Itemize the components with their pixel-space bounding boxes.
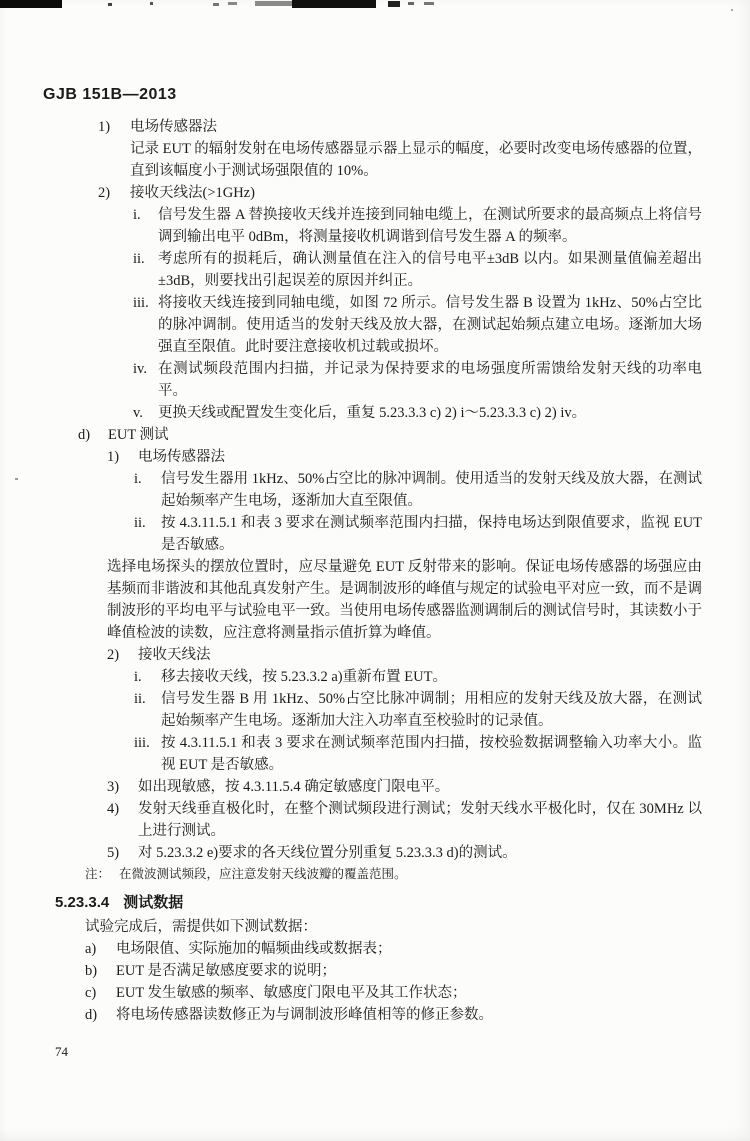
item-text: EUT 发生敏感的频率、敏感度门限电平及其工作状态；: [116, 982, 702, 1004]
scan-artifact-speck: [408, 2, 414, 5]
list-item: iii.将接收天线连接到同轴电缆，如图 72 所示。信号发生器 B 设置为 1k…: [0, 292, 750, 358]
list-item: i.移去接收天线，按 5.23.3.2 a)重新布置 EUT。: [0, 666, 750, 688]
item-text: 接收天线法: [138, 644, 702, 666]
item-marker: 1): [98, 116, 130, 138]
list-item: 5)对 5.23.3.2 e)要求的各天线位置分别重复 5.23.3.3 d)的…: [0, 842, 750, 864]
item-marker: 4): [107, 798, 138, 842]
item-text: 将接收天线连接到同轴电缆，如图 72 所示。信号发生器 B 设置为 1kHz、5…: [158, 292, 702, 358]
item-text: 对 5.23.3.2 e)要求的各天线位置分别重复 5.23.3.3 d)的测试…: [138, 842, 702, 864]
scan-artifact-bar: [292, 0, 376, 8]
item-marker: 3): [107, 776, 138, 798]
item-text: 信号发生器用 1kHz、50%占空比的脉冲调制。使用适当的发射天线及放大器，在测…: [161, 468, 702, 512]
data-list: a)电场限值、实际施加的幅频曲线或数据表；b)EUT 是否满足敏感度要求的说明；…: [0, 938, 750, 1026]
item-marker: i.: [134, 468, 161, 512]
list-item: ii.信号发生器 B 用 1kHz、50%占空比脉冲调制；用相应的发射天线及放大…: [0, 688, 750, 732]
list-item: d)将电场传感器读数修正为与调制波形峰值相等的修正参数。: [0, 1004, 750, 1026]
item-text: EUT 测试: [108, 424, 702, 446]
item-marker: ii.: [133, 248, 158, 292]
list-item: d)EUT 测试: [0, 424, 750, 446]
scan-artifact-speck: [15, 478, 18, 480]
scan-artifact-speck: [108, 3, 112, 6]
scan-artifact-speck: [228, 2, 237, 5]
note-line: 注：在微波测试频段，应注意发射天线波瓣的覆盖范围。: [0, 864, 750, 885]
item-marker: 5): [107, 842, 138, 864]
item-marker: iii.: [134, 732, 161, 776]
scan-artifact-speck: [731, 9, 733, 11]
item-text: 发射天线垂直极化时，在整个测试频段进行测试；发射天线水平极化时，仅在 30MHz…: [138, 798, 702, 842]
item-marker: v.: [133, 402, 158, 424]
list-item: i.信号发生器 A 替换接收天线并连接到同轴电缆上，在测试所要求的最高频点上将信…: [0, 204, 750, 248]
item-text: 接收天线法(>1GHz): [130, 182, 702, 204]
item-marker: ii.: [134, 688, 161, 732]
item-marker: 2): [98, 182, 130, 204]
item-text: 信号发生器 B 用 1kHz、50%占空比脉冲调制；用相应的发射天线及放大器，在…: [161, 688, 702, 732]
item-marker: ii.: [134, 512, 161, 556]
item-marker: iv.: [133, 358, 158, 402]
item-text: 按 4.3.11.5.1 和表 3 要求在测试频率范围内扫描，保持电场达到限值要…: [161, 512, 702, 556]
item-text: 记录 EUT 的辐射发射在电场传感器显示器上显示的幅度，必要时改变电场传感器的位…: [130, 138, 702, 182]
item-marker: a): [85, 938, 116, 960]
list-item: ii.考虑所有的损耗后，确认测量值在注入的信号电平±3dB 以内。如果测量值偏差…: [0, 248, 750, 292]
list-item: iv.在测试频段范围内扫描，并记录为保持要求的电场强度所需馈给发射天线的功率电平…: [0, 358, 750, 402]
list-item: b)EUT 是否满足敏感度要求的说明；: [0, 960, 750, 982]
list-item: 3)如出现敏感，按 4.3.11.5.4 确定敏感度门限电平。: [0, 776, 750, 798]
scan-artifact-bar: [0, 0, 62, 8]
scan-artifact-bar: [388, 1, 400, 7]
scan-artifact-speck: [213, 3, 219, 6]
page-number: 74: [55, 1044, 68, 1060]
item-text: 如出现敏感，按 4.3.11.5.4 确定敏感度门限电平。: [138, 776, 702, 798]
item-marker: iii.: [133, 292, 158, 358]
item-text: 信号发生器 A 替换接收天线并连接到同轴电缆上，在测试所要求的最高频点上将信号调…: [158, 204, 702, 248]
list-item: i.信号发生器用 1kHz、50%占空比的脉冲调制。使用适当的发射天线及放大器，…: [0, 468, 750, 512]
procedure-list: 1)电场传感器法记录 EUT 的辐射发射在电场传感器显示器上显示的幅度，必要时改…: [0, 116, 750, 885]
item-marker: b): [85, 960, 116, 982]
item-text: 电场传感器法: [138, 446, 702, 468]
list-item: v.更换天线或配置发生变化后，重复 5.23.3.3 c) 2) i～5.23.…: [0, 402, 750, 424]
section-title: 测试数据: [123, 894, 183, 911]
item-text: EUT 是否满足敏感度要求的说明；: [116, 960, 702, 982]
item-marker: d): [78, 424, 108, 446]
scan-artifact-speck: [150, 2, 153, 5]
item-marker: 2): [107, 644, 138, 666]
item-text: 更换天线或配置发生变化后，重复 5.23.3.3 c) 2) i～5.23.3.…: [158, 402, 702, 424]
list-item: a)电场限值、实际施加的幅频曲线或数据表；: [0, 938, 750, 960]
list-item: 1)电场传感器法: [0, 116, 750, 138]
list-item: c)EUT 发生敏感的频率、敏感度门限电平及其工作状态；: [0, 982, 750, 1004]
standard-number: GJB 151B—2013: [43, 86, 750, 104]
list-item: 选择电场探头的摆放位置时，应尽量避免 EUT 反射带来的影响。保证电场传感器的场…: [0, 556, 750, 644]
scan-artifact-speck: [424, 2, 434, 5]
item-text: 移去接收天线，按 5.23.3.2 a)重新布置 EUT。: [161, 666, 702, 688]
item-text: 在测试频段范围内扫描，并记录为保持要求的电场强度所需馈给发射天线的功率电平。: [158, 358, 702, 402]
item-text: 考虑所有的损耗后，确认测量值在注入的信号电平±3dB 以内。如果测量值偏差超出±…: [158, 248, 702, 292]
item-text: 将电场传感器读数修正为与调制波形峰值相等的修正参数。: [116, 1004, 702, 1026]
item-text: 电场限值、实际施加的幅频曲线或数据表；: [116, 938, 702, 960]
list-item: iii.按 4.3.11.5.1 和表 3 要求在测试频率范围内扫描，按校验数据…: [0, 732, 750, 776]
item-marker: c): [85, 982, 116, 1004]
item-marker: d): [85, 1004, 116, 1026]
item-text: 在微波测试频段，应注意发射天线波瓣的覆盖范围。: [119, 864, 702, 885]
section-number: 5.23.3.4: [55, 894, 109, 911]
item-marker: 1): [107, 446, 138, 468]
list-item: ii.按 4.3.11.5.1 和表 3 要求在测试频率范围内扫描，保持电场达到…: [0, 512, 750, 556]
section-intro-text: 试验完成后，需提供如下测试数据：: [85, 916, 702, 938]
item-text: 选择电场探头的摆放位置时，应尽量避免 EUT 反射带来的影响。保证电场传感器的场…: [107, 556, 702, 644]
list-item: 4)发射天线垂直极化时，在整个测试频段进行测试；发射天线水平极化时，仅在 30M…: [0, 798, 750, 842]
item-text: 电场传感器法: [130, 116, 702, 138]
item-marker: i.: [134, 666, 161, 688]
list-item: 1)电场传感器法: [0, 446, 750, 468]
section-intro: 试验完成后，需提供如下测试数据：: [0, 916, 750, 938]
list-item: 2)接收天线法(>1GHz): [0, 182, 750, 204]
list-item: 2)接收天线法: [0, 644, 750, 666]
item-text: 按 4.3.11.5.1 和表 3 要求在测试频率范围内扫描，按校验数据调整输入…: [161, 732, 702, 776]
scan-artifact-bar: [255, 1, 292, 6]
document-page: GJB 151B—2013 1)电场传感器法记录 EUT 的辐射发射在电场传感器…: [0, 0, 750, 1141]
item-marker: i.: [133, 204, 158, 248]
item-marker: 注：: [85, 864, 119, 885]
list-item: 记录 EUT 的辐射发射在电场传感器显示器上显示的幅度，必要时改变电场传感器的位…: [0, 138, 750, 182]
section-heading: 5.23.3.4测试数据: [55, 891, 750, 915]
